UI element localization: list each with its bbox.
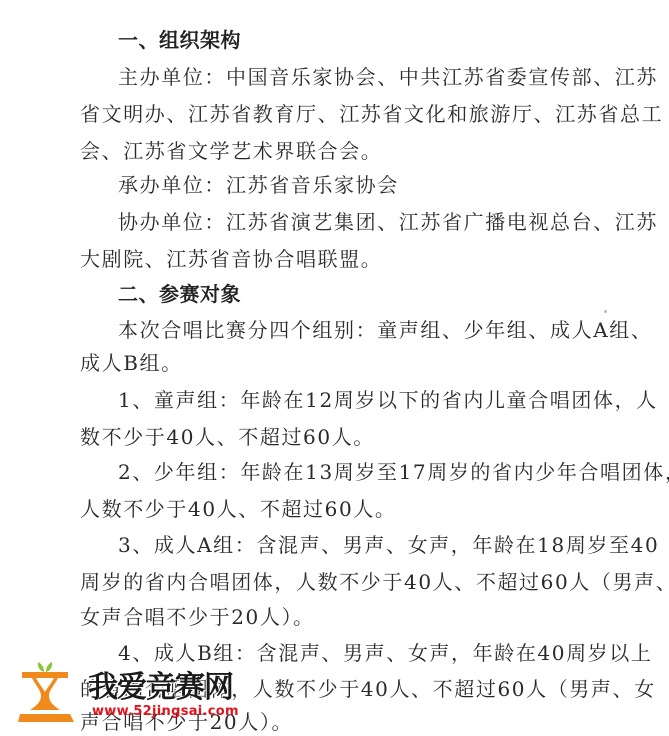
undertaker-line: 承办单位：江苏省音乐家协会 (118, 173, 648, 197)
scan-speck (604, 310, 607, 313)
watermark: 我爱竞赛网 www.52jingsai.com (18, 658, 258, 734)
section-heading-participants: 二、参赛对象 (118, 282, 648, 306)
group-1-line-1: 1、童声组：年龄在12周岁以下的省内儿童合唱团体，人 (118, 388, 648, 412)
intro-line-1: 本次合唱比赛分四个组别：童声组、少年组、成人A组、 (118, 318, 648, 342)
watermark-title: 我爱竞赛网 (88, 672, 233, 704)
organizers-line-2: 省文明办、江苏省教育厅、江苏省文化和旅游厅、江苏省总工 (80, 102, 610, 126)
co-organizers-line-1: 协办单位：江苏省演艺集团、江苏省广播电视总台、江苏 (118, 210, 648, 234)
group-3-line-3: 女声合唱不少于20人）。 (80, 605, 610, 629)
section-heading-organization: 一、组织架构 (118, 28, 648, 52)
group-1-line-2: 数不少于40人、不超过60人。 (80, 425, 610, 449)
group-3-line-2: 周岁的省内合唱团体，人数不少于40人、不超过60人（男声、 (80, 570, 610, 594)
group-2-line-1: 2、少年组：年龄在13周岁至17周岁的省内少年合唱团体， (118, 460, 648, 484)
group-3-line-1: 3、成人A组：含混声、男声、女声，年龄在18周岁至40 (118, 533, 648, 557)
group-2-line-2: 人数不少于40人、不超过60人。 (80, 497, 610, 521)
document-page: 一、组织架构 主办单位：中国音乐家协会、中共江苏省委宣传部、江苏 省文明办、江苏… (0, 0, 669, 736)
intro-line-2: 成人B组。 (80, 351, 610, 375)
trophy-logo-icon (18, 658, 74, 724)
organizers-line-1: 主办单位：中国音乐家协会、中共江苏省委宣传部、江苏 (118, 65, 648, 89)
organizers-line-3: 会、江苏省文学艺术界联合会。 (80, 139, 610, 163)
watermark-url[interactable]: www.52jingsai.com (92, 704, 239, 720)
co-organizers-line-2: 大剧院、江苏省音协合唱联盟。 (80, 247, 610, 271)
